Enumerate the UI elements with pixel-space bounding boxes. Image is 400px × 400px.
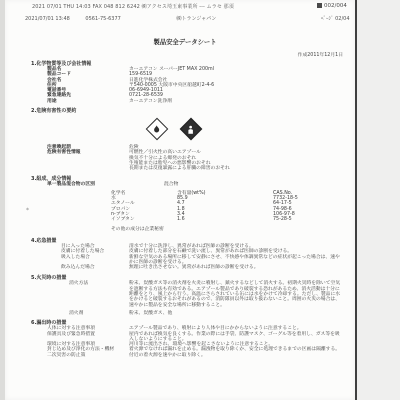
field-row: 保護具及び緊急時措置屋内であれば換気を良くする。作業の際には手袋、防護マスク、ゴ… <box>5 332 353 343</box>
field-label: 保護具及び緊急時措置 <box>47 332 129 337</box>
fax-page-counter: 002/004 <box>317 3 347 9</box>
field-row: 危険有害性情報 可燃性／引火性の高いエアゾール 換気不十分による爆発のおそれ 生… <box>5 150 353 171</box>
field-row: 吸入した場合新鮮な空気のある場所に移して安静にさせ、不快感や体調異常などの症状が… <box>5 255 353 266</box>
content-percent: 1.6 <box>177 217 273 222</box>
cas-number: 75-28-5 <box>273 217 353 222</box>
field-value: 新鮮な空気のある場所に移して安静にさせ、不快感や体調異常などの症状が起こった場合… <box>129 255 353 266</box>
field-value: 粉末、炭酸ガス、他 <box>129 311 353 316</box>
field-value: 屋内であれば換気を良くする。作業の際には手袋、防護マスク、ゴーグル等を着用し、ガ… <box>129 332 353 343</box>
composition-note: その他の成分は企業秘密 <box>5 227 353 232</box>
fax-doc-icon <box>317 3 322 8</box>
field-label: 消火方法 <box>69 281 129 286</box>
field-row: 消火方法粉末、炭酸ガス等の消火剤を火炎に噴射し、鎮火するなどして消火する。初期火… <box>5 281 353 307</box>
field-label: 飲み込んだ場合 <box>61 265 129 270</box>
hazard-info-label: 危険有害性情報 <box>47 150 129 155</box>
field-row: 二次災害の防止策付近の着火源を速やかに取り除く。 <box>5 353 353 358</box>
fax-page-label: ﾍﾟｰｼﾞ 02/04 <box>321 15 350 22</box>
creation-date: 作成2011年12月1日 <box>298 51 343 58</box>
fax-header-line2: 2021/07/01 13:48 0561-75-6377 ㈱トランジャパン <box>25 15 230 22</box>
field-value: 無理に吐き出させない。異常があれば医師の診断を受ける。 <box>129 265 353 270</box>
field-label: 吸入した場合 <box>61 255 129 260</box>
hazard-statement: 長期または反復暴露による肝臓の障害のおそれ <box>129 166 341 171</box>
field-value: 付近の着火源を速やかに取り除く。 <box>129 353 353 358</box>
table-row: イソブタン1.675-28-5 <box>111 217 353 222</box>
ghs-pictograms <box>5 118 353 140</box>
fax-number: 0561-75-6377 <box>85 16 120 22</box>
health-hazard-glyph-icon <box>187 125 195 134</box>
field-value: カーエアコン洗浄剤 <box>129 99 353 104</box>
ghs-flame-icon <box>146 118 169 141</box>
document-title: 製品安全データシート <box>145 37 225 46</box>
scanned-msds-page: 2021 07/01 THU 14:03 FAX 048 812 6242 ㈱ア… <box>5 0 357 400</box>
mixture-classification-row: 単一製品混合物の区別 混合物 <box>5 182 353 187</box>
fax-header-line1: 2021 07/01 THU 14:03 FAX 048 812 6242 ㈱ア… <box>32 4 234 10</box>
hazard-info-lines: 可燃性／引火性の高いエアゾール 換気不十分による爆発のおそれ 生殖能または胎児へ… <box>129 150 353 171</box>
composition-table: 化学名 含有量(wt%) CAS.No. 水85.97732-18-5 エタノー… <box>5 191 353 223</box>
fax-sender-name: ㈱トランジャパン <box>176 16 216 22</box>
classification-value: 混合物 <box>164 182 178 187</box>
fax-page-counter-text: 002/004 <box>324 3 347 9</box>
scan-background-strip <box>357 0 400 400</box>
field-label: 消火剤 <box>69 311 129 316</box>
section2-heading: 2.危険有害性の要約 <box>5 108 353 114</box>
field-row: 用途カーエアコン洗浄剤 <box>5 99 353 104</box>
fax-datetime: 2021/07/01 13:48 <box>25 16 70 22</box>
field-value: 粉末、炭酸ガス等の消火剤を火炎に噴射し、鎮火するなどして消火する。初期火災時を除… <box>129 281 353 307</box>
field-label: 用途 <box>47 99 129 104</box>
scan-noise-mark: * <box>26 207 29 214</box>
document-body: 1.化学物質等及び会社情報 製品名カーエアコン スーパーJET MAX 200m… <box>5 59 353 358</box>
classification-label: 単一製品混合物の区別 <box>47 182 164 187</box>
field-label: 二次災害の防止策 <box>47 353 129 358</box>
field-row: 消火剤粉末、炭酸ガス、他 <box>5 311 353 316</box>
chemical-name: イソブタン <box>111 217 177 222</box>
ghs-health-hazard-icon <box>180 118 203 141</box>
field-row: 飲み込んだ場合無理に吐き出させない。異常があれば医師の診断を受ける。 <box>5 265 353 270</box>
flame-glyph-icon <box>153 125 161 134</box>
